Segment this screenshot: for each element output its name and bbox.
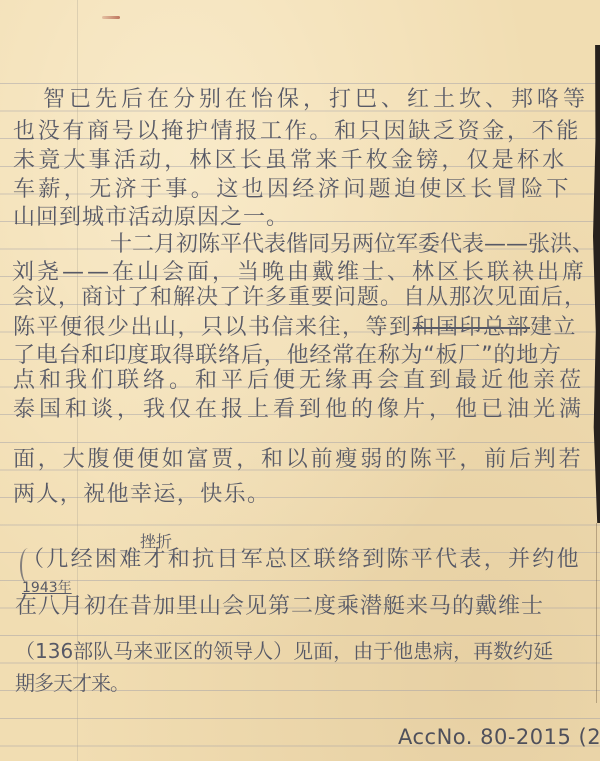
accession-number: AccNo. 80-2015 (22) <box>398 724 600 750</box>
line-text: 陈平便很少出山，只以书信来往，等到 <box>13 315 413 340</box>
handwritten-line-7: 刘尧——在山会面，当晚由戴维士、林区长联袂出席 <box>12 260 587 286</box>
handwritten-line-12: 泰国和谈，我仅在报上看到他的像片，他已油光满 <box>13 397 585 423</box>
handwritten-line-3: 未竟大事活动，林区长虽常来千枚金镑，仅是杯水 <box>13 148 567 174</box>
handwritten-line-6: 十二月初陈平代表偕同另两位军委代表——张洪、 <box>110 232 594 258</box>
handwritten-line-18: 期多天才来。 <box>15 670 129 696</box>
line-text-after: 建立 <box>530 315 577 340</box>
handwritten-line-4: 车薪，无济于事。这也因经济问题迫使区长冒险下 <box>13 177 572 203</box>
handwritten-line-17: （136部队马来亚区的领导人）见面，由于他患病，再数约延 <box>15 638 553 664</box>
handwritten-line-15: （几经困难才和抗日军总区联络到陈平代表，并约他 <box>22 547 581 573</box>
paper-edge <box>596 523 597 703</box>
handwritten-line-13: 面，大腹便便如富贾，和以前瘦弱的陈平，前后判若 <box>13 447 583 473</box>
handwritten-line-1: 智已先后在分别在怡保，打巴、红土坎、邦咯等 <box>43 87 589 113</box>
red-ink-mark <box>102 16 120 19</box>
handwritten-line-10: 了电台和印度取得联络后，他经常在称为“板厂”的地方 <box>13 343 562 369</box>
handwritten-line-16: 在八月初在昔加里山会见第二度乘潜艇来马的戴维士 <box>15 594 544 620</box>
handwritten-line-8: 会议，商讨了和解决了许多重要问题。自从那次见面后， <box>12 285 587 311</box>
handwritten-line-2: 也没有商号以掩护情报工作。和只因缺乏资金，不能 <box>13 119 581 145</box>
struck-text: 和国印总部 <box>413 315 531 340</box>
handwritten-page: 智已先后在分别在怡保，打巴、红土坎、邦咯等 也没有商号以掩护情报工作。和只因缺乏… <box>0 0 600 761</box>
handwritten-line-14: 两人，祝他幸运，快乐。 <box>13 482 270 508</box>
handwritten-line-9: 陈平便很少出山，只以书信来往，等到和国印总部建立 <box>13 315 577 341</box>
handwritten-line-5: 山回到城市活动原因之一。 <box>13 205 289 231</box>
handwritten-line-11: 点和我们联络。和平后便无缘再会直到最近他亲莅 <box>13 368 585 394</box>
